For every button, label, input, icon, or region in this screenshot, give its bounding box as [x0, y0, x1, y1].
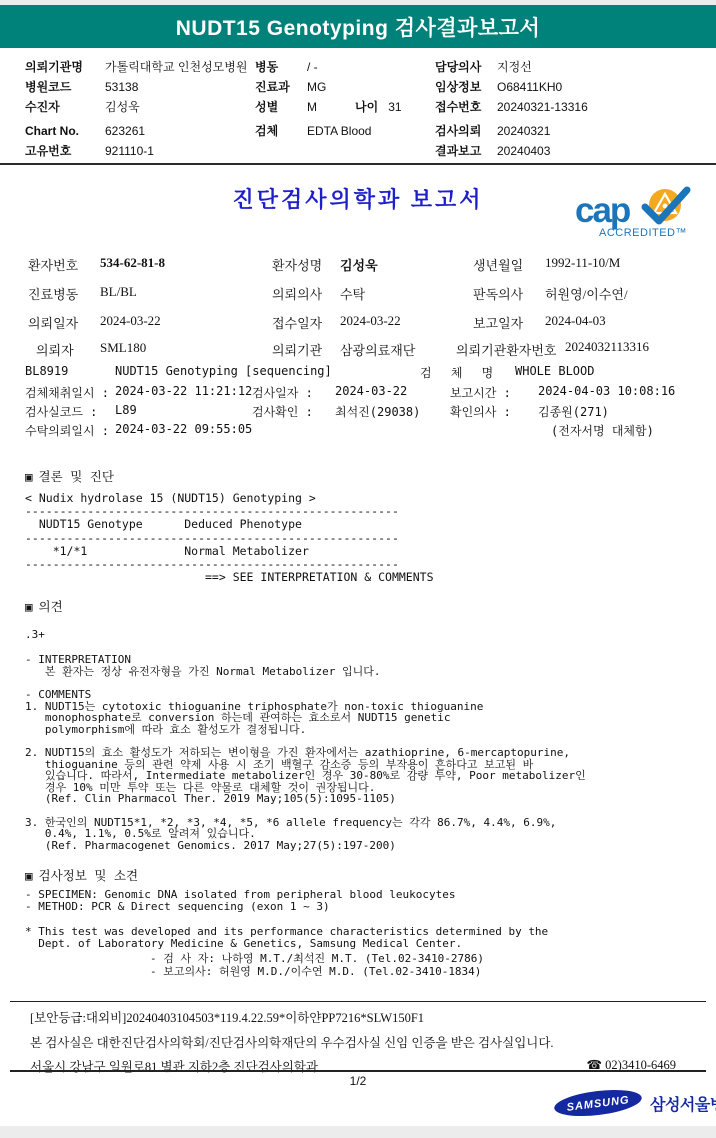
order-info-row: 검사의뢰20240321 [435, 121, 705, 141]
field-label: 성별 [255, 97, 307, 117]
footer-divider-line [10, 1001, 706, 1002]
field-value: M [307, 97, 317, 117]
samsung-hospital-logo: SAMSUNG 삼성서울병원 [552, 1088, 716, 1118]
field-label: 의뢰기관환자번호 [456, 340, 556, 359]
field-label: 담당의사 [435, 57, 497, 77]
field-label: 판독의사 [473, 284, 523, 303]
page-number: 1/2 [0, 1074, 716, 1088]
field-value: 김성욱 [105, 97, 140, 117]
field-value: / - [307, 57, 318, 77]
field-label: 의뢰일자 [28, 313, 78, 332]
order-info-row: Chart No.623261 [25, 121, 253, 141]
field-value: 2024-03-22 11:21:12 [115, 384, 252, 398]
lab-report-page: NUDT15 Genotyping 검사결과보고서 의뢰기관명가톨릭대학교 인천… [0, 0, 716, 1138]
field-value: 921110-1 [105, 141, 154, 161]
bottom-divider-line [10, 1070, 706, 1072]
order-info-row: 고유번호921110-1 [25, 141, 253, 161]
field-value: 623261 [105, 121, 145, 141]
field-value: 최석진(29038) [335, 403, 420, 420]
field-value: 2024-03-22 [100, 313, 161, 329]
field-label: 검체채취일시 : [25, 384, 109, 401]
order-info-row: 검체EDTA Blood [255, 121, 433, 141]
patient-info-row: 의뢰일자2024-03-22 접수일자2024-03-22 보고일자2024-0… [28, 313, 706, 342]
interpretation-text: - INTERPRETATION 본 환자는 정상 유전자형을 가진 Norma… [25, 654, 380, 677]
field-value: O68411KH0 [497, 77, 562, 97]
field-label: 수탁의뢰일시 : [25, 422, 109, 439]
cap-accredited-text: ACCREDITED™ [599, 227, 687, 239]
field-value: 31 [388, 97, 401, 117]
order-info-row: 임상정보O68411KH0 [435, 77, 705, 97]
field-label: 검사실코드 : [25, 403, 97, 420]
patient-id: 534-62-81-8 [100, 255, 165, 271]
order-info-left-column: 의뢰기관명가톨릭대학교 인천성모병원 병원코드53138 수진자김성욱 Char… [25, 57, 253, 161]
lab-address-line: 서울시 강남구 일원로81 별관 지하2층 진단검사의학과 ☎ 02)3410-… [30, 1057, 696, 1075]
test-info-section-heading: ▣검사정보 및 소견 [25, 866, 138, 884]
field-value: 2024-03-22 09:55:05 [115, 422, 252, 436]
field-label: Chart No. [25, 121, 105, 141]
patient-info-row: 진료병동BL/BL 의뢰의사수탁 판독의사허원영/이수연/ [28, 284, 706, 313]
field-label: 진료과 [255, 77, 307, 97]
order-info-row: 병동/ - [255, 57, 433, 77]
field-label: 환자성명 [272, 255, 322, 274]
test-disclaimer-text: * This test was developed and its perfor… [25, 926, 548, 949]
field-value: SML180 [100, 340, 146, 356]
opinion-section-heading: ▣의견 [25, 597, 63, 615]
field-value: 수탁 [340, 284, 365, 303]
order-info-row: 의뢰기관명가톨릭대학교 인천성모병원 [25, 57, 253, 77]
section-marker-icon: ▣ [25, 469, 33, 484]
order-info-middle-column: 병동/ - 진료과MG 성별M나이31 검체EDTA Blood [255, 57, 433, 141]
samsung-logo-icon: SAMSUNG [552, 1088, 644, 1118]
field-label: 진료병동 [28, 284, 78, 303]
field-value: 2024-03-22 [340, 313, 401, 329]
cap-logo-text: cap [575, 191, 630, 230]
comments-text: - COMMENTS 1. NUDT15는 cytotoxic thioguan… [25, 689, 586, 851]
field-label: 의뢰기관명 [25, 57, 105, 77]
field-label: 결과보고 [435, 141, 497, 161]
report-banner: NUDT15 Genotyping 검사결과보고서 [0, 5, 716, 48]
field-label: 검사의뢰 [435, 121, 497, 141]
field-value: 20240403 [497, 141, 550, 161]
order-info-row: 성별M나이31 [255, 97, 433, 117]
field-label: 보고일자 [473, 313, 523, 332]
field-label: 병원코드 [25, 77, 105, 97]
field-label: 고유번호 [25, 141, 105, 161]
field-value: 20240321-13316 [497, 97, 588, 117]
report-banner-title: NUDT15 Genotyping 검사결과보고서 [176, 12, 541, 42]
field-value: EDTA Blood [307, 121, 371, 141]
field-value: 지정선 [497, 57, 532, 77]
field-value: 53138 [105, 77, 138, 97]
field-label: 보고시간 : [450, 384, 511, 401]
field-value: 2024-04-03 10:08:16 [538, 384, 675, 398]
field-label: 검사일자 : [252, 384, 313, 401]
order-info-row: 담당의사지정선 [435, 57, 705, 77]
test-code: BL8919 [25, 364, 68, 378]
field-value: L89 [115, 403, 137, 417]
field-label: 생년월일 [473, 255, 523, 274]
field-label: 접수번호 [435, 97, 497, 117]
order-info-row: 병원코드53138 [25, 77, 253, 97]
order-info-row: 진료과MG [255, 77, 433, 97]
order-info-row: 접수번호20240321-13316 [435, 97, 705, 117]
field-value: 2024-03-22 [335, 384, 407, 398]
esignature-note: (전자서명 대체함) [551, 422, 654, 439]
field-label: 검체 [255, 121, 307, 141]
field-value: 1992-11-10/M [545, 255, 620, 271]
security-classification-line: [보안등급:대외비]20240403104503*119.4.22.59*이하얀… [30, 1008, 696, 1026]
patient-info-row: 환자번호534-62-81-8 환자성명김성욱 생년월일1992-11-10/M [28, 255, 706, 284]
cap-accredited-logo: cap ACCREDITED™ [575, 186, 697, 245]
field-value: 김종원(271) [538, 403, 609, 420]
section-title: 의견 [39, 599, 63, 614]
conclusion-section-heading: ▣결론 및 진단 [25, 467, 114, 485]
hospital-name-text: 삼성서울병원 [650, 1092, 716, 1115]
field-value: 2024032113316 [565, 340, 651, 354]
order-info-row: 수진자김성욱 [25, 97, 253, 117]
section-marker-icon: ▣ [25, 599, 33, 614]
field-label: 검 체 명 [420, 364, 499, 381]
field-label: 의뢰의사 [272, 284, 322, 303]
field-label: 수진자 [25, 97, 105, 117]
field-label: 의뢰기관 [272, 340, 322, 359]
section-marker-icon: ▣ [25, 868, 33, 883]
bottom-margin-strip [0, 1126, 716, 1138]
field-value: 가톨릭대학교 인천성모병원 [105, 57, 247, 77]
genotype-result-table: < Nudix hydrolase 15 (NUDT15) Genotyping… [25, 492, 434, 584]
test-name: NUDT15 Genotyping [sequencing] [115, 364, 332, 378]
opinion-code: .3+ [25, 629, 45, 641]
specimen-type: WHOLE BLOOD [515, 364, 594, 378]
field-label: 나이 [355, 97, 378, 117]
patient-name: 김성욱 [340, 255, 378, 274]
field-label: 환자번호 [28, 255, 78, 274]
section-title: 검사정보 및 소견 [39, 868, 139, 883]
field-label: 의뢰자 [36, 340, 74, 359]
order-info-right-column: 담당의사지정선 임상정보O68411KH0 접수번호20240321-13316… [435, 57, 705, 161]
field-value: MG [307, 77, 326, 97]
field-label: 임상정보 [435, 77, 497, 97]
field-value: 20240321 [497, 121, 550, 141]
staff-signature-text: - 검 사 자: 나하영 M.T./최석진 M.T. (Tel.02-3410-… [150, 953, 484, 978]
field-value: 삼광의료재단 [340, 340, 415, 359]
lab-certification-line: 본 검사실은 대한진단검사의학회/진단검사의학재단의 우수검사실 신임 인증을 … [30, 1033, 696, 1051]
field-value: 허원영/이수연/ [545, 284, 628, 303]
specimen-method-text: - SPECIMEN: Genomic DNA isolated from pe… [25, 889, 455, 912]
field-label: 검사확인 : [252, 403, 313, 420]
field-label: 접수일자 [272, 313, 322, 332]
field-label: 확인의사 : [450, 403, 511, 420]
header-divider-line [0, 163, 716, 165]
field-label: 병동 [255, 57, 307, 77]
order-info-row: 결과보고20240403 [435, 141, 705, 161]
section-title: 결론 및 진단 [39, 469, 114, 484]
field-value: 2024-04-03 [545, 313, 606, 329]
field-value: BL/BL [100, 284, 137, 300]
